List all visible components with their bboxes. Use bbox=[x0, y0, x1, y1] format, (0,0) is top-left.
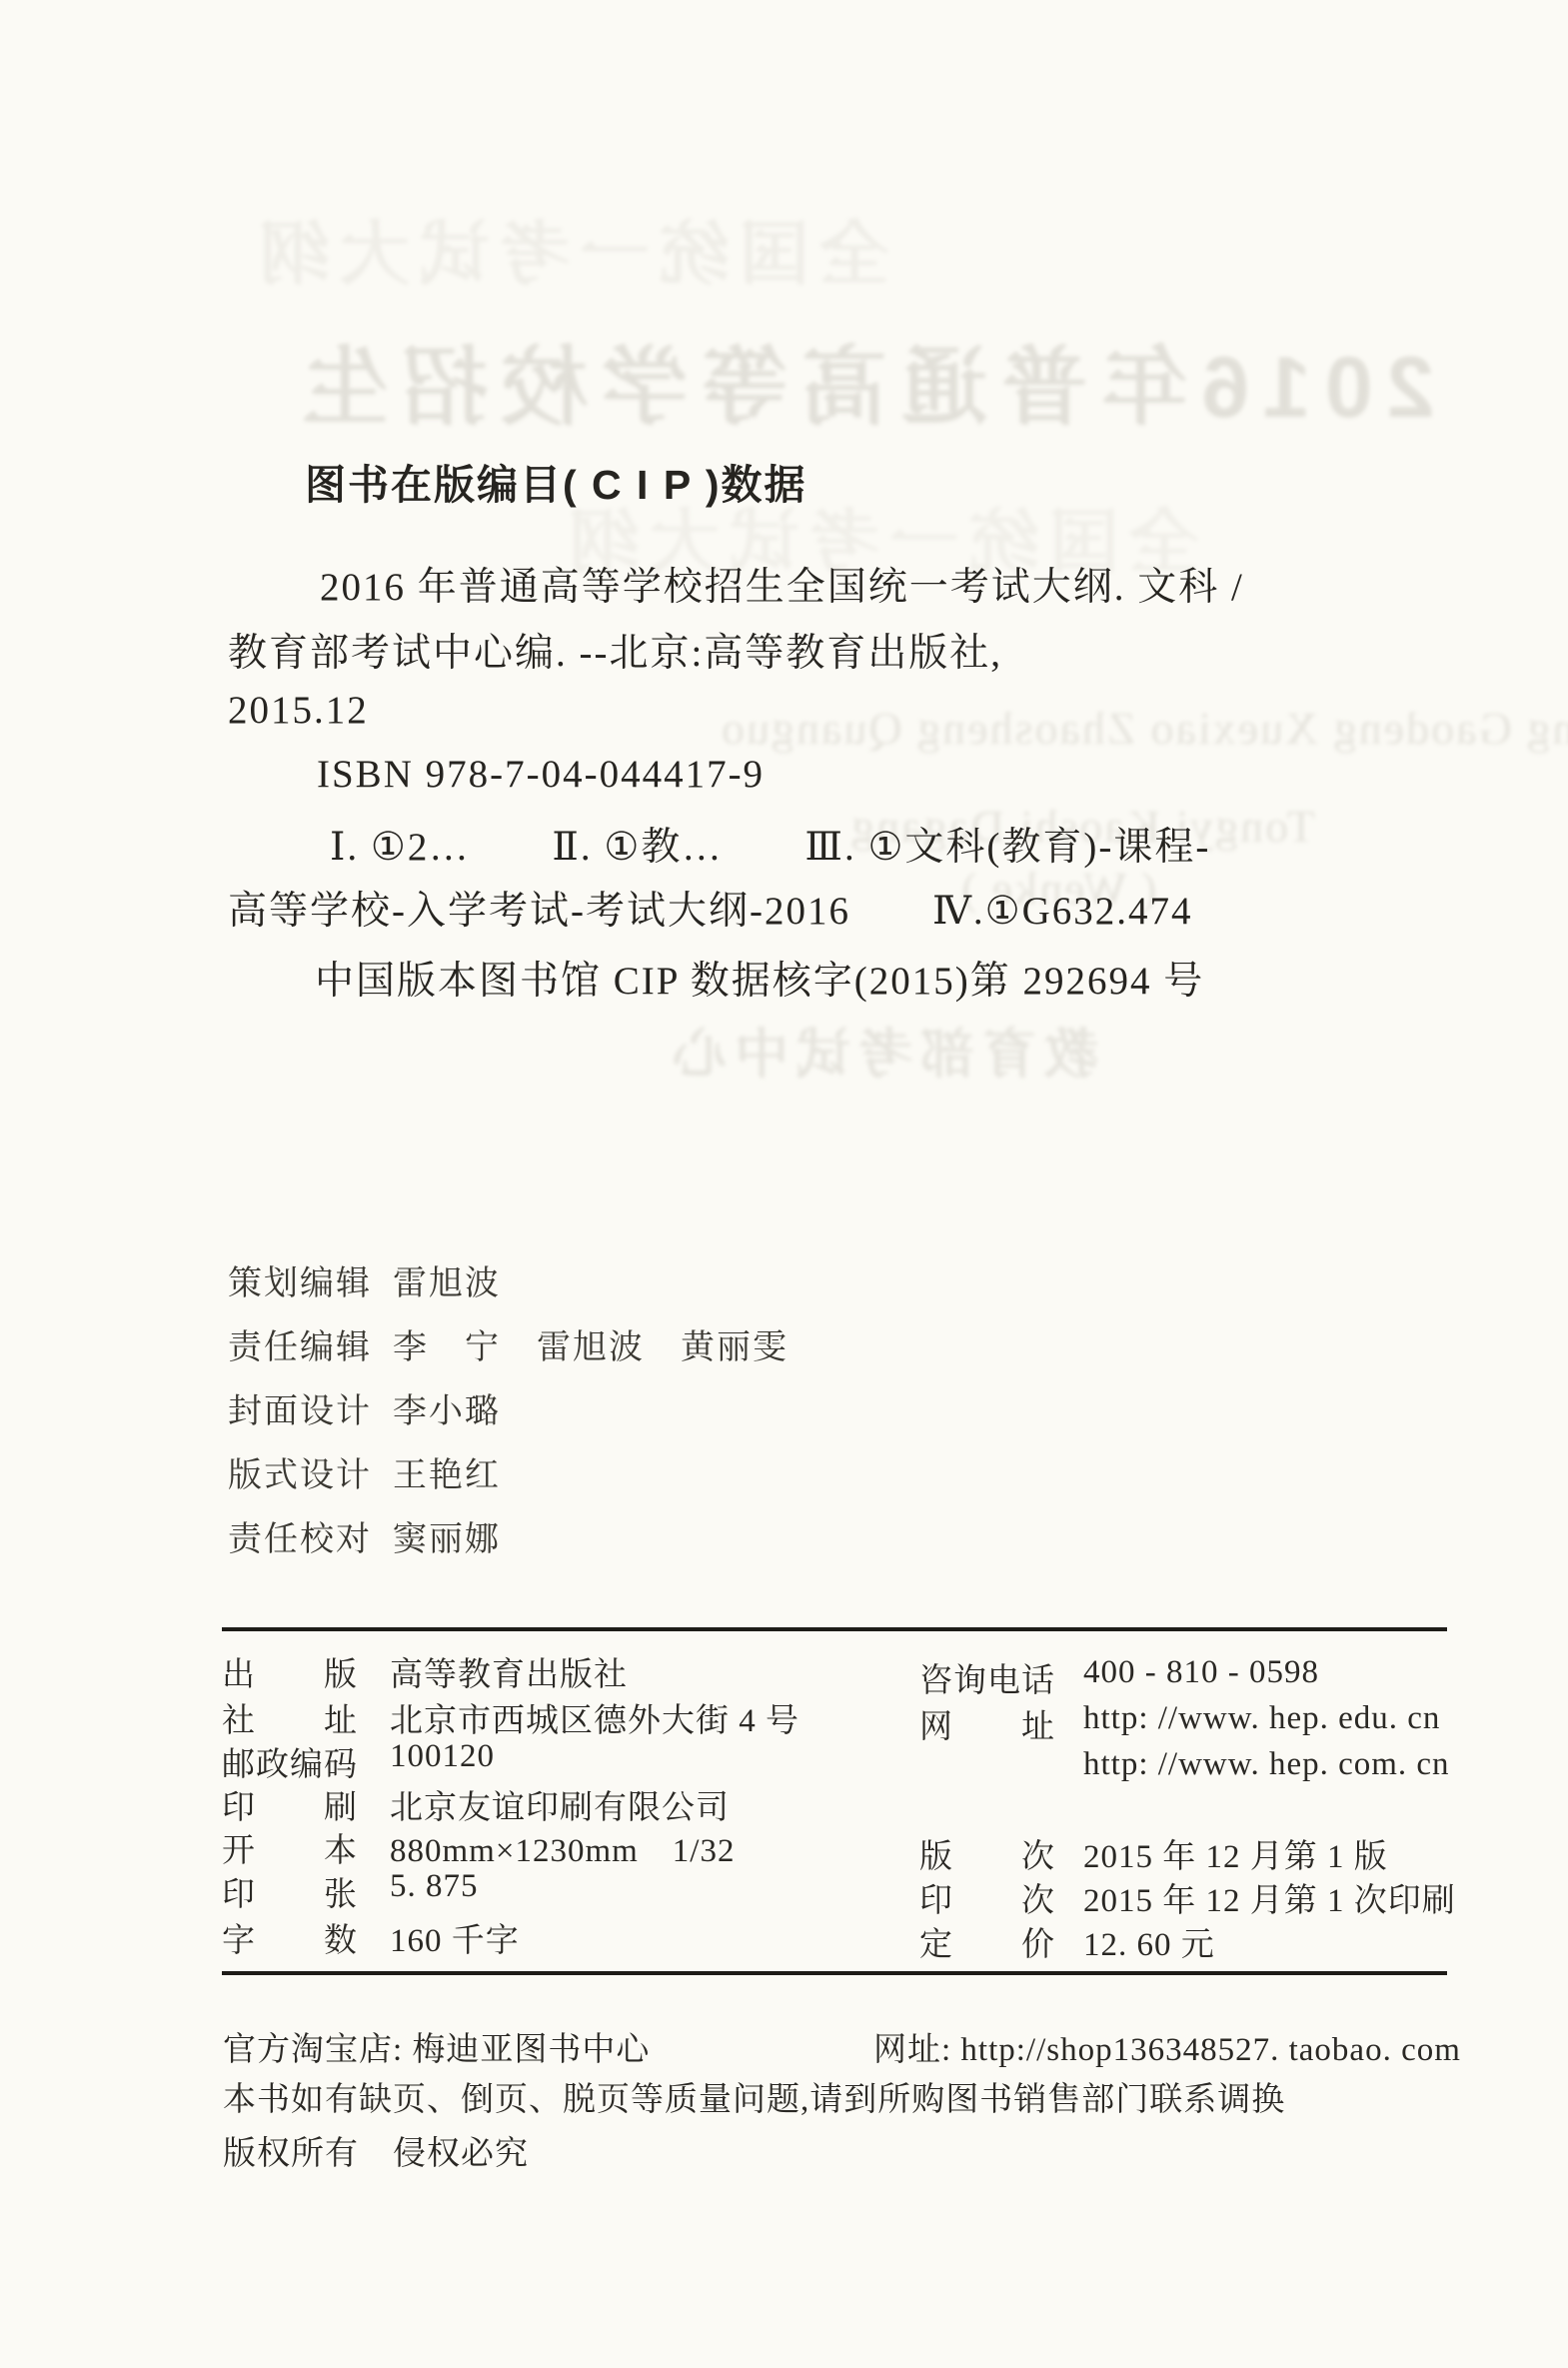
colophon-value: 北京市西城区德外大街 4 号 bbox=[390, 1694, 799, 1741]
ghost-title-main-text: 2016年普通高等学校招生 bbox=[288, 318, 1434, 442]
colophon-value: 5. 875 bbox=[390, 1868, 479, 1915]
colophon-label: 印 次 bbox=[919, 1874, 1083, 1921]
copyright-line: 版权所有 侵权必究 bbox=[223, 2127, 529, 2174]
cip-publisher-line: 教育部考试中心编. --北京:高等教育出版社, bbox=[228, 622, 1002, 678]
colophon-label bbox=[919, 1746, 1083, 1783]
cip-title-line: 2016 年普通高等学校招生全国统一考试大纲. 文科 / bbox=[320, 556, 1244, 612]
colophon-label: 社 址 bbox=[222, 1694, 390, 1741]
staff-row-layout-design: 版式设计 王艳红 bbox=[228, 1447, 501, 1496]
cip-header: 图书在版编目( C I P )数据 bbox=[305, 452, 806, 511]
colophon-value: 12. 60 元 bbox=[1083, 1918, 1215, 1965]
staff-row-planning-editor: 策划编辑 雷旭波 bbox=[228, 1255, 501, 1304]
book-copyright-page: 全国统一考试大纲 2016年普通高等学校招生 全国统一考试大纲 Putong G… bbox=[0, 0, 1568, 2368]
colophon-value: 2015 年 12 月第 1 版 bbox=[1083, 1830, 1388, 1877]
colophon-label: 定 价 bbox=[919, 1918, 1083, 1965]
isbn-line: ISBN 978-7-04-044417-9 bbox=[317, 752, 765, 797]
colophon-label: 网 址 bbox=[919, 1700, 1083, 1747]
colophon-website-row: 网 址 http: //www. hep. edu. cn bbox=[919, 1700, 1440, 1747]
colophon-label: 印 刷 bbox=[222, 1781, 390, 1828]
staff-names: 雷旭波 bbox=[393, 1255, 501, 1304]
cip-record-line: 中国版本图书馆 CIP 数据核字(2015)第 292694 号 bbox=[315, 950, 1204, 1006]
divider-rule-bottom bbox=[222, 1971, 1447, 1975]
colophon-wordcount-row: 字 数 160 千字 bbox=[222, 1914, 520, 1961]
colophon-format-row: 开 本 880mm×1230mm 1/32 bbox=[222, 1824, 735, 1871]
staff-names: 窦丽娜 bbox=[393, 1511, 501, 1560]
colophon-value: 400 - 810 - 0598 bbox=[1083, 1654, 1319, 1701]
colophon-edition-row: 版 次 2015 年 12 月第 1 版 bbox=[919, 1830, 1388, 1877]
staff-names: 王艳红 bbox=[393, 1447, 501, 1496]
quality-note-line: 本书如有缺页、倒页、脱页等质量问题,请到所购图书销售部门联系调换 bbox=[223, 2073, 1285, 2120]
colophon-value: 160 千字 bbox=[390, 1914, 520, 1961]
staff-row-proofreader: 责任校对 窦丽娜 bbox=[228, 1511, 501, 1560]
colophon-value: http: //www. hep. com. cn bbox=[1083, 1746, 1450, 1783]
staff-row-responsible-editor: 责任编辑 李 宁 雷旭波 黄丽雯 bbox=[228, 1319, 788, 1368]
colophon-hotline-row: 咨询电话 400 - 810 - 0598 bbox=[919, 1654, 1319, 1701]
colophon-printer-row: 印 刷 北京友谊印刷有限公司 bbox=[222, 1781, 730, 1828]
staff-role: 版式设计 bbox=[228, 1447, 393, 1496]
staff-role: 策划编辑 bbox=[228, 1255, 393, 1304]
ghost-publisher-name: 教育部考试中心 bbox=[665, 1012, 1098, 1089]
taobao-store-line: 官方淘宝店: 梅迪亚图书中心 bbox=[223, 2023, 650, 2070]
colophon-publisher-row: 出 版 高等教育出版社 bbox=[222, 1648, 628, 1695]
colophon-value: 高等教育出版社 bbox=[390, 1648, 628, 1695]
staff-row-cover-design: 封面设计 李小璐 bbox=[228, 1383, 501, 1432]
colophon-value: 100120 bbox=[390, 1738, 495, 1785]
cip-date-line: 2015.12 bbox=[228, 688, 369, 733]
colophon-label: 印 张 bbox=[222, 1868, 390, 1915]
ghost-pinyin-line1: Putong Gaodeng Xuexiao Zhaosheng Quanguo bbox=[720, 702, 1568, 755]
staff-names: 李小璐 bbox=[393, 1383, 501, 1432]
colophon-printing-row: 印 次 2015 年 12 月第 1 次印刷 bbox=[919, 1874, 1456, 1921]
colophon-label: 开 本 bbox=[222, 1824, 390, 1871]
colophon-sheets-row: 印 张 5. 875 bbox=[222, 1868, 479, 1915]
colophon-address-row: 社 址 北京市西城区德外大街 4 号 bbox=[222, 1694, 799, 1741]
colophon-label: 咨询电话 bbox=[919, 1654, 1083, 1701]
taobao-url-line: 网址: http://shop136348527. taobao. com bbox=[873, 2023, 1461, 2070]
colophon-label: 邮政编码 bbox=[222, 1738, 390, 1785]
colophon-website2-row: http: //www. hep. com. cn bbox=[919, 1746, 1450, 1783]
staff-role: 责任校对 bbox=[228, 1511, 393, 1560]
cip-class-line1: Ⅰ. ①2… Ⅱ. ①教… Ⅲ. ①文科(教育)-课程- bbox=[330, 816, 1210, 872]
colophon-price-row: 定 价 12. 60 元 bbox=[919, 1918, 1215, 1965]
colophon-value: 880mm×1230mm 1/32 bbox=[390, 1824, 735, 1871]
colophon-value: 2015 年 12 月第 1 次印刷 bbox=[1083, 1874, 1456, 1921]
ghost-title-top-text: 全国统一考试大纲 bbox=[250, 198, 889, 299]
colophon-value: 北京友谊印刷有限公司 bbox=[390, 1781, 730, 1828]
colophon-label: 版 次 bbox=[919, 1830, 1083, 1877]
colophon-postcode-row: 邮政编码 100120 bbox=[222, 1738, 495, 1785]
divider-rule-top bbox=[222, 1627, 1447, 1631]
staff-role: 封面设计 bbox=[228, 1383, 393, 1432]
staff-names: 李 宁 雷旭波 黄丽雯 bbox=[393, 1319, 788, 1368]
colophon-label: 字 数 bbox=[222, 1914, 390, 1961]
colophon-value: http: //www. hep. edu. cn bbox=[1083, 1700, 1440, 1747]
staff-role: 责任编辑 bbox=[228, 1319, 393, 1368]
cip-class-line2: 高等学校-入学考试-考试大纲-2016 Ⅳ.①G632.474 bbox=[228, 880, 1193, 936]
colophon-label: 出 版 bbox=[222, 1648, 390, 1695]
